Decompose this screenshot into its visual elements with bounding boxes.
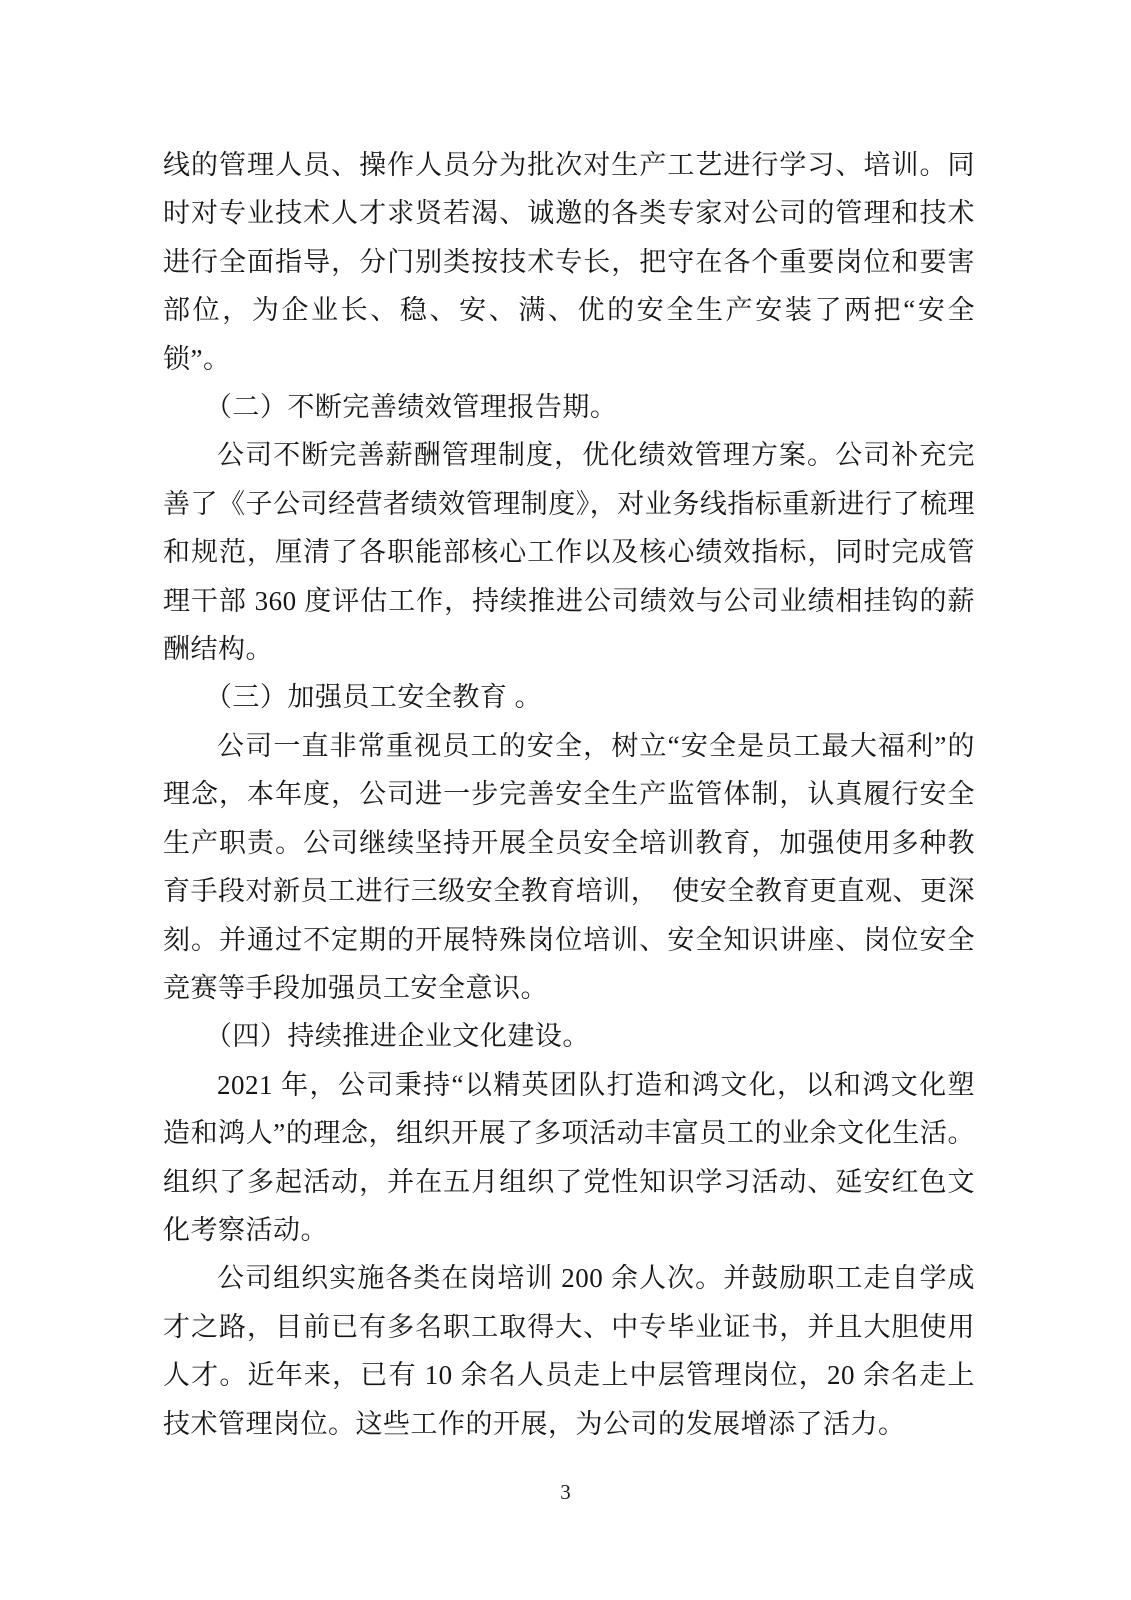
section-heading-2: （二）不断完善绩效管理报告期。 <box>163 383 975 431</box>
section-heading-3: （三）加强员工安全教育 。 <box>163 673 975 721</box>
section-heading-4: （四）持续推进企业文化建设。 <box>163 1012 975 1060</box>
page-number: 3 <box>0 1478 1131 1506</box>
paragraph-training-talent: 公司组织实施各类在岗培训 200 余人次。并鼓励职工走自学成才之路，目前已有多名… <box>163 1254 975 1448</box>
paragraph-performance-management: 公司不断完善薪酬管理制度，优化绩效管理方案。公司补充完善了《子公司经营者绩效管理… <box>163 431 975 673</box>
paragraph-continuation: 线的管理人员、操作人员分为批次对生产工艺进行学习、培训。同时对专业技术人才求贤若… <box>163 141 975 383</box>
document-body: 线的管理人员、操作人员分为批次对生产工艺进行学习、培训。同时对专业技术人才求贤若… <box>163 141 975 1448</box>
paragraph-corporate-culture: 2021 年，公司秉持“以精英团队打造和鸿文化，以和鸿文化塑造和鸿人”的理念，组… <box>163 1061 975 1255</box>
paragraph-safety-education: 公司一直非常重视员工的安全，树立“安全是员工最大福利”的理念，本年度，公司进一步… <box>163 722 975 1012</box>
document-page: 线的管理人员、操作人员分为批次对生产工艺进行学习、培训。同时对专业技术人才求贤若… <box>0 0 1131 1600</box>
